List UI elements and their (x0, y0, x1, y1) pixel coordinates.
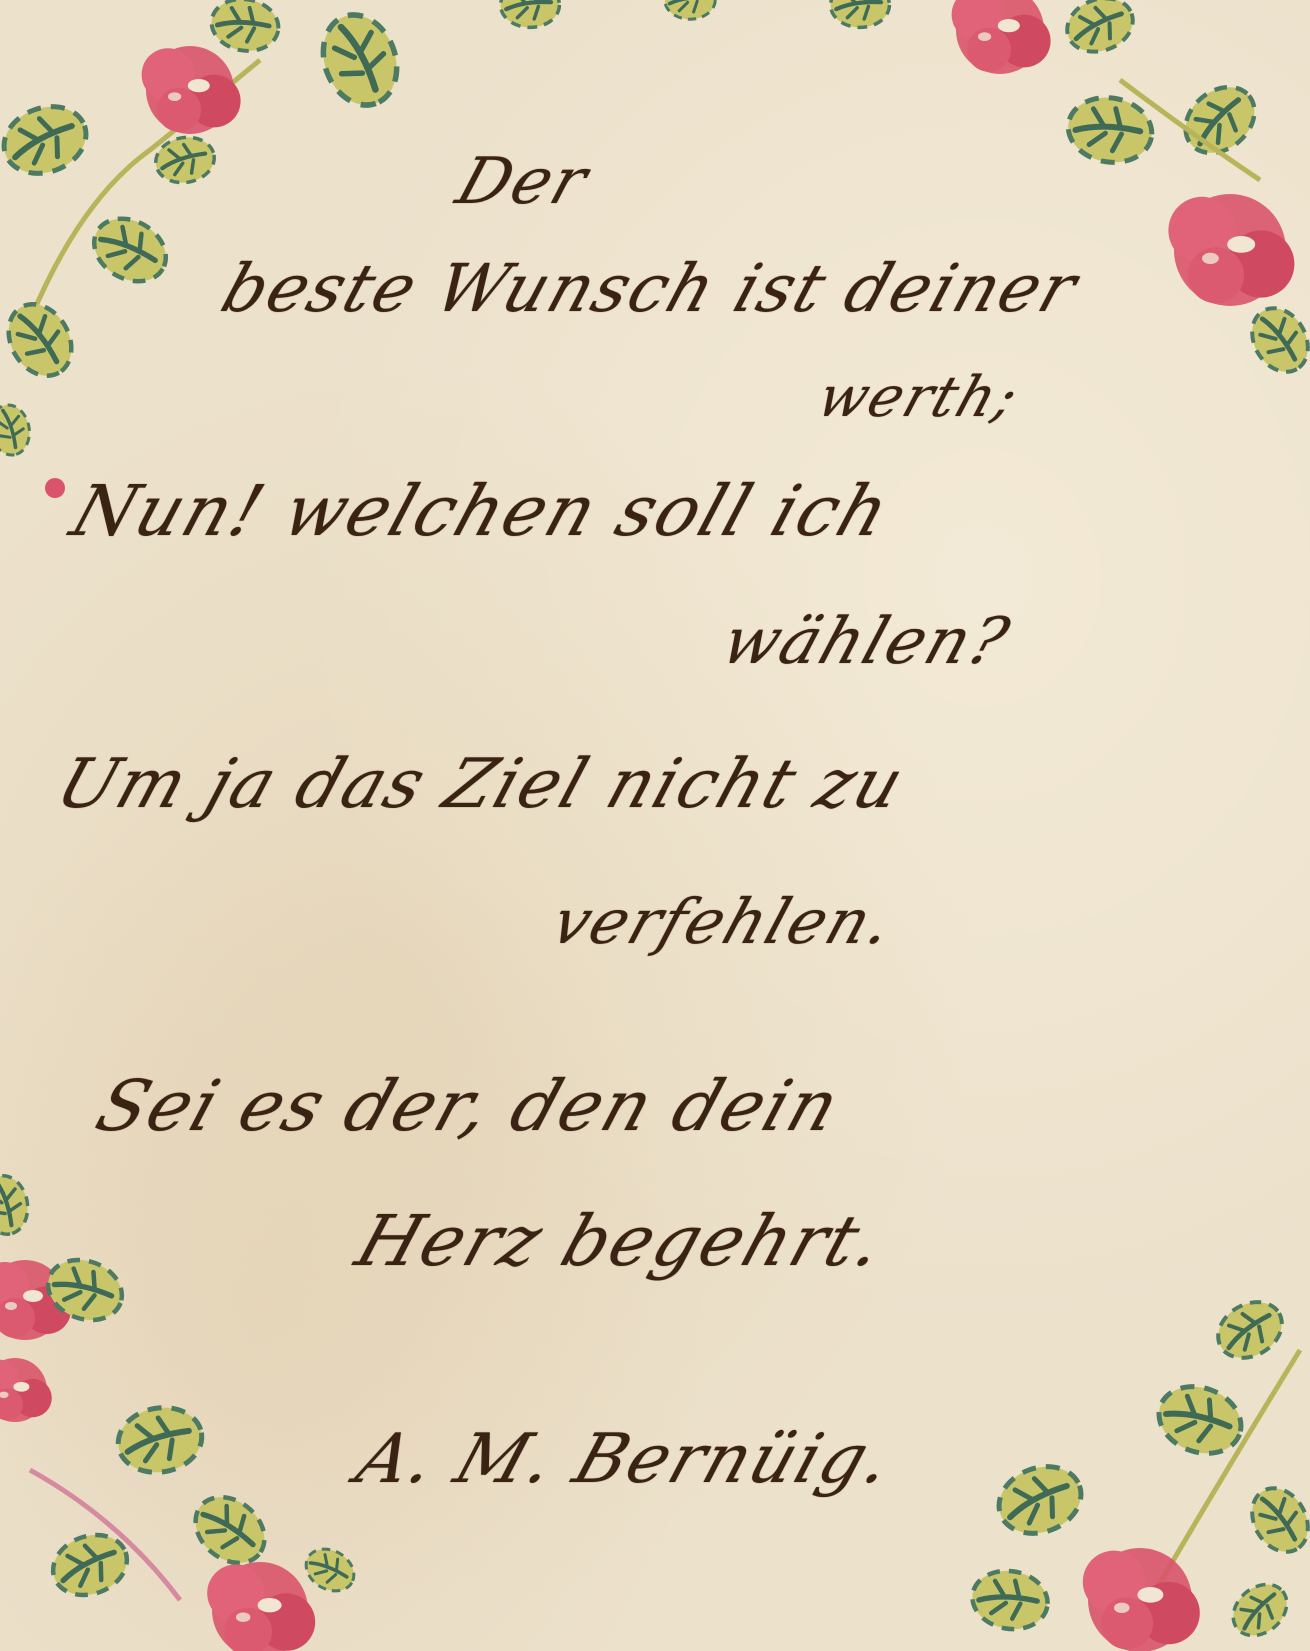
verse-line-7: verfehlen. (543, 885, 904, 958)
signature: A. M. Bernüig. (347, 1420, 903, 1499)
verse-line-1: Der (448, 145, 598, 219)
verse-line-4: Nun! welchen soll ich (62, 470, 901, 552)
verse-line-2: beste Wunsch ist deiner (212, 250, 1087, 327)
verse-line-5: wählen? (713, 605, 1019, 679)
handwritten-verse: Der beste Wunsch ist deiner werth; Nun! … (0, 0, 1310, 1651)
verse-line-8: Sei es der, den dein (87, 1065, 851, 1147)
verse-line-3: werth; (809, 365, 1027, 430)
verse-line-6: Um ja das Ziel nicht zu (47, 745, 914, 824)
verse-line-9: Herz begehrt. (347, 1200, 896, 1282)
